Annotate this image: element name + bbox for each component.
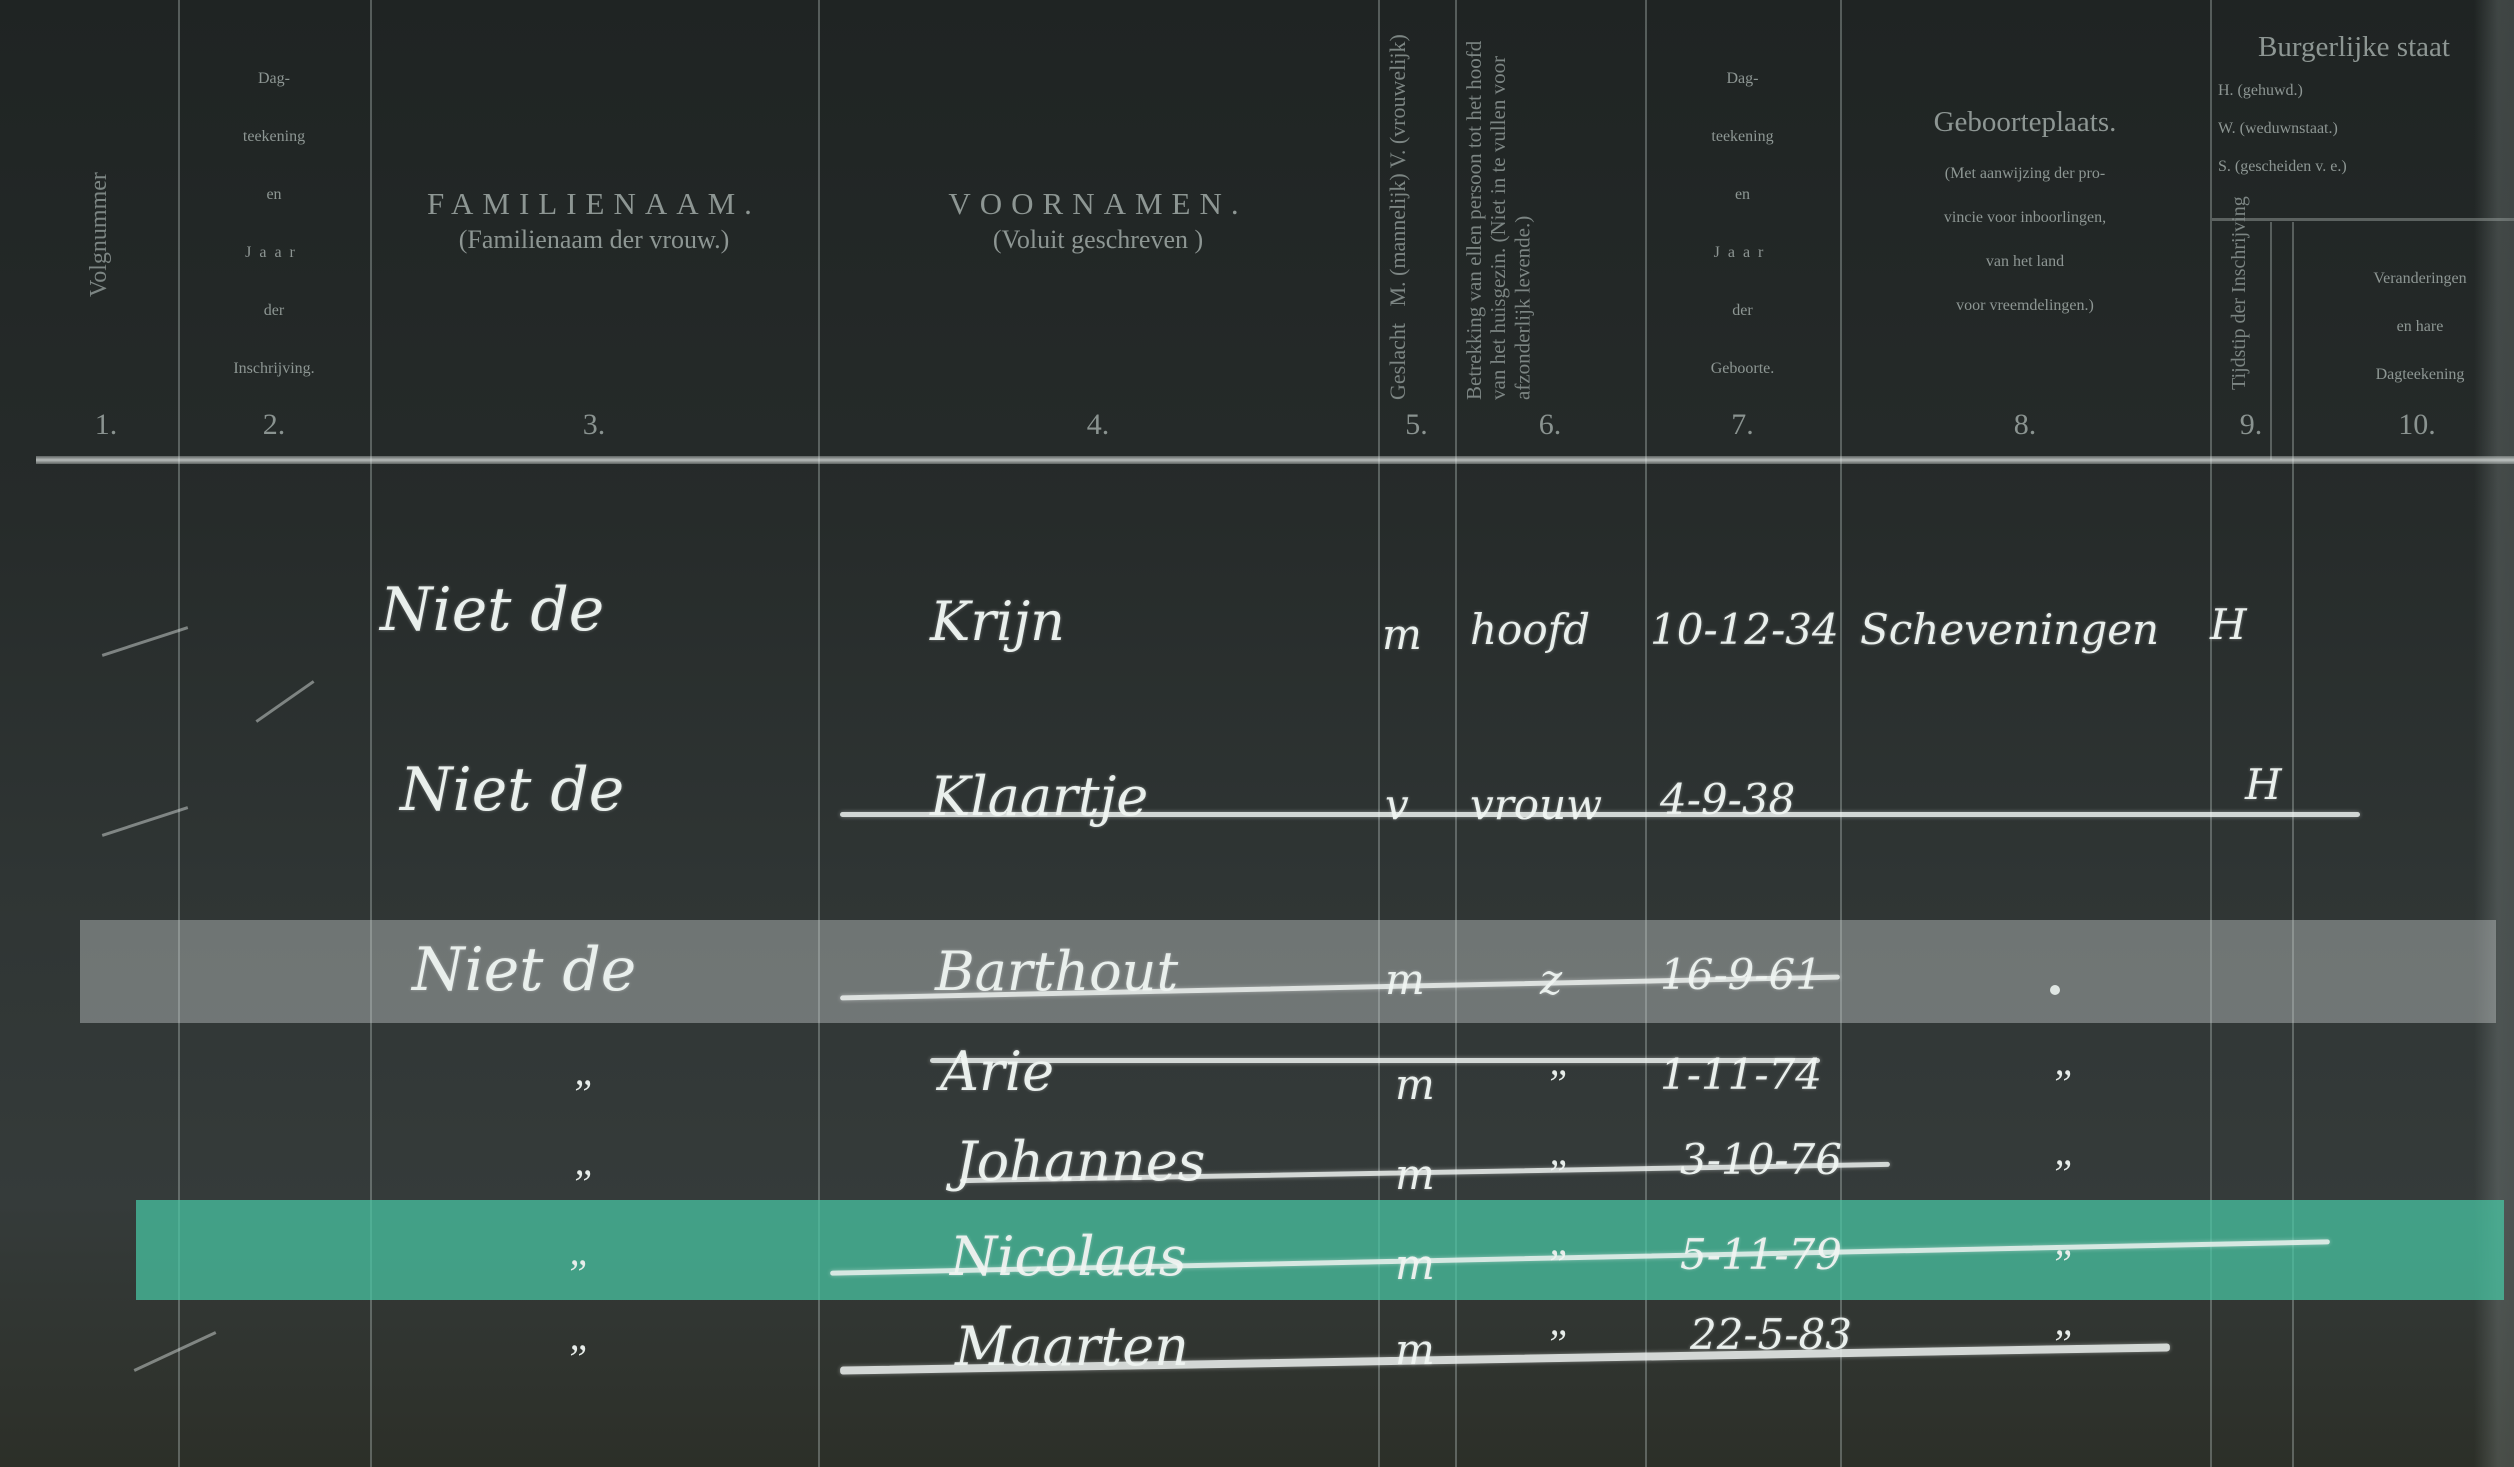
group-line: H. (gehuwd.) [2218,72,2514,110]
col2-line: teekening [178,108,370,166]
col7-line: Geboorte. [1645,340,1840,398]
strikethrough-line [840,812,2360,817]
col-number: 7. [1645,408,1840,442]
geslacht: m [1385,955,1425,1004]
header-rule [36,456,2514,464]
col7-header: Dag- teekening en Jaar der Geboorte. [1645,50,1840,398]
betrekking: vrouw [1470,780,1602,829]
col7-line: Jaar [1645,224,1840,282]
burgerlijke-staat: H [2210,600,2247,649]
col4-title: VOORNAMEN. [818,185,1378,224]
col-number: 9. [2210,408,2292,442]
col10-line: Veranderingen [2300,255,2514,303]
betrekking-ditto: ” [1545,1150,1567,1197]
voornamen: Klaartje [930,765,1148,828]
col3-subtitle: (Familienaam der vrouw.) [370,224,818,257]
voornamen: Krijn [930,590,1065,653]
geslacht: m [1395,1240,1435,1289]
group-title: Burgerlijke staat [2218,28,2514,66]
col8-line: vincie voor inboorlingen, [1840,196,2210,240]
col10-line: Dagteekening [2300,351,2514,399]
margin-tick [255,680,314,723]
col8-header: Geboorteplaats. (Met aanwijzing der pro-… [1840,100,2210,328]
col-number: 8. [1840,408,2210,442]
betrekking-ditto: ” [1545,1060,1567,1107]
geslacht: m [1382,610,1422,659]
col1-header: Volgnummer [86,120,114,350]
strikethrough-line [930,1058,1820,1063]
col-number: 2. [178,408,370,442]
register-page: Volgnummer Dag- teekening en Jaar der In… [0,0,2514,1467]
geslacht: m [1395,1060,1435,1109]
col2-line: Dag- [178,50,370,108]
col9-header: Tijdstip der Inschrijving [2228,240,2251,390]
geboorteplaats-ditto: ” [2050,1150,2072,1197]
geboortedatum: 3-10-76 [1680,1135,1842,1184]
voornamen: Arie [940,1040,1054,1103]
col2-line: Inschrijving. [178,340,370,398]
geslacht: v [1385,780,1409,829]
burgerlijke-staat-header: Burgerlijke staat H. (gehuwd.) W. (weduw… [2218,28,2514,186]
col3-header: FAMILIENAAM. (Familienaam der vrouw.) [370,185,818,256]
col8-line: van het land [1840,240,2210,284]
col10-header: Veranderingen en hare Dagteekening [2300,255,2514,399]
voornamen: Johannes [955,1130,1205,1193]
geboorteplaats-ditto: ” [2050,1060,2072,1107]
familienaam-ditto: ” [570,1160,592,1207]
col8-line: (Met aanwijzing der pro- [1840,152,2210,196]
col-number: 10. [2292,408,2514,442]
col7-line: der [1645,282,1840,340]
familienaam: Niet de [412,935,636,1005]
group-header-rule [2212,218,2514,221]
margin-tick [102,626,189,657]
col-number: 4. [818,408,1378,442]
margin-tick [134,1331,217,1372]
col-number: 6. [1455,408,1645,442]
geboortedatum: 10-12-34 [1650,605,1839,654]
voornamen: Nicolaas [950,1225,1187,1288]
col4-header: VOORNAMEN. (Voluit geschreven ) [818,185,1378,256]
col6-header: Betrekking van ellen persoon tot het hoo… [1462,30,1632,400]
col8-title: Geboorteplaats. [1840,100,2210,144]
betrekking-ditto: ” [1545,1240,1567,1287]
familienaam-ditto: ” [570,1070,592,1117]
col5-header: Geslacht M. (mannelijk) V. (vrouwelijk) [1385,40,1410,400]
group-line: S. (gescheiden v. e.) [2218,148,2514,186]
col7-line: Dag- [1645,50,1840,108]
ditto-mark [2050,985,2060,995]
familienaam: Niet de [400,755,624,825]
familienaam: Niet de [380,575,604,645]
familienaam-ditto: ” [565,1250,587,1297]
col3-title: FAMILIENAAM. [370,185,818,224]
geslacht: m [1395,1325,1435,1374]
col7-line: teekening [1645,108,1840,166]
burgerlijke-staat: H [2245,760,2282,809]
col2-line: en [178,166,370,224]
col4-subtitle: (Voluit geschreven ) [818,224,1378,257]
geboorteplaats-ditto: ” [2050,1320,2072,1367]
highlight-band-teal [136,1200,2504,1300]
col2-line: der [178,282,370,340]
margin-tick [102,806,189,837]
betrekking: hoofd [1470,605,1590,654]
col2-line: Jaar [178,224,370,282]
group-line: W. (weduwnstaat.) [2218,110,2514,148]
col7-line: en [1645,166,1840,224]
col10-line: en hare [2300,303,2514,351]
col-number: 3. [370,408,818,442]
col-number: 5. [1378,408,1455,442]
geboorteplaats: Scheveningen [1860,605,2159,654]
col5-subtitle: M. (mannelijk) V. (vrouwelijk) [1385,34,1410,306]
familienaam-ditto: ” [565,1335,587,1382]
col8-line: voor vreemdelingen.) [1840,284,2210,328]
col-number: 1. [86,408,126,442]
col5-title: Geslacht [1385,323,1410,400]
col2-header: Dag- teekening en Jaar der Inschrijving. [178,50,370,398]
